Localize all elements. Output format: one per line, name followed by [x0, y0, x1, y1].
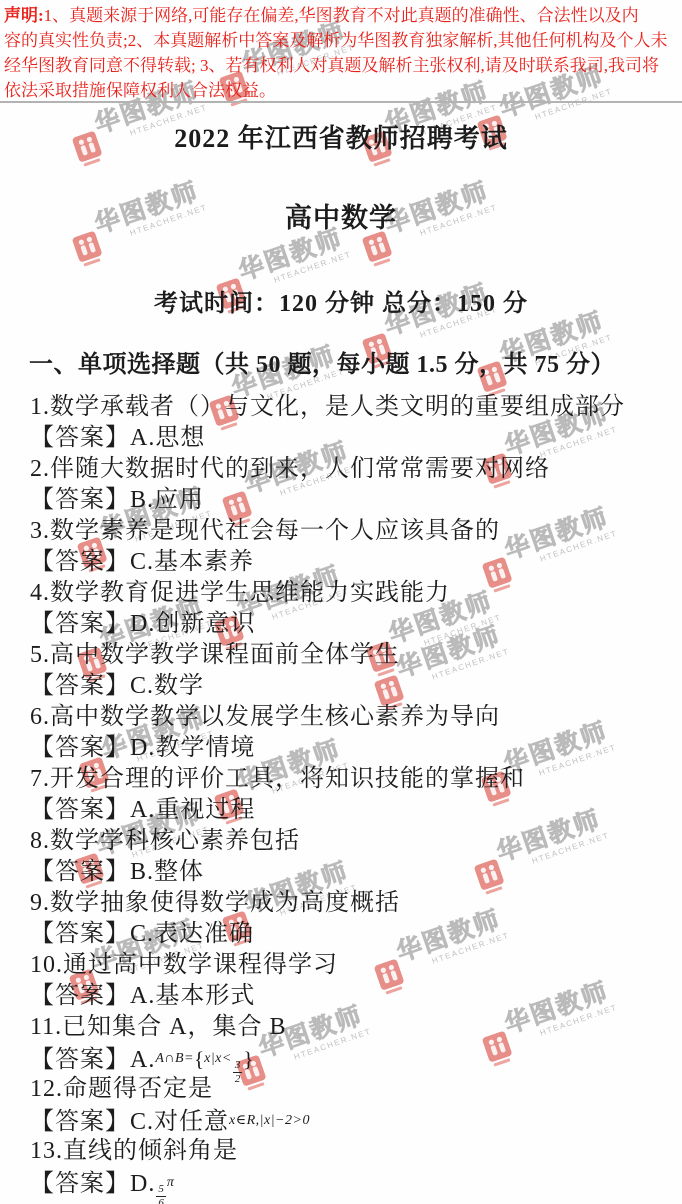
question-item: 5.高中数学教学课程面前全体学生 【答案】C.数学	[30, 640, 682, 702]
math-text: x∈R,|x|−2>0	[229, 1113, 310, 1128]
disclaimer-line: 声明:1、真题来源于网络,可能存在偏差,华图教育不对此真题的准确性、合法性以及内	[4, 3, 680, 28]
answer-text: 【答案】C.基本素养	[30, 547, 682, 578]
disclaimer-line: 依法采取措施保障权利人合法权益。	[4, 78, 680, 103]
question-item: 10.通过高中数学课程得学习 【答案】A.基本形式	[30, 950, 682, 1012]
disclaimer: 声明:1、真题来源于网络,可能存在偏差,华图教育不对此真题的准确性、合法性以及内…	[4, 3, 680, 103]
question-item: 12.命题得否定是 【答案】C.对任意x∈R,|x|−2>0	[30, 1074, 682, 1136]
question-text: 6.高中数学教学以发展学生核心素养为导向	[30, 702, 682, 733]
question-item: 13.直线的倾斜角是 【答案】D.56π	[30, 1136, 682, 1198]
answer-text: 【答案】B.整体	[30, 857, 682, 888]
answer-text: 【答案】C.表达准确	[30, 919, 682, 950]
question-text: 11.已知集合 A，集合 B	[30, 1012, 682, 1043]
question-text: 4.数学教育促进学生思维能力实践能力	[30, 578, 682, 609]
answer-text: 【答案】C.对任意x∈R,|x|−2>0	[30, 1105, 682, 1136]
question-text: 3.数学素养是现代社会每一个人应该具备的	[30, 516, 682, 547]
disclaimer-line-text: 1、真题来源于网络,可能存在偏差,华图教育不对此真题的准确性、合法性以及内	[44, 6, 639, 25]
math-text: A∩B=	[155, 1051, 194, 1066]
exam-subject: 高中数学	[0, 196, 682, 235]
question-text: 10.通过高中数学课程得学习	[30, 950, 682, 981]
question-text: 1.数学承载者（）与文化，是人类文明的重要组成部分	[30, 392, 682, 423]
answer-text: 【答案】A.重视过程	[30, 795, 682, 826]
question-text: 9.数学抽象使得数学成为高度概括	[30, 888, 682, 919]
question-text: 2.伴随大数据时代的到来，人们常常需要对网络	[30, 454, 682, 485]
question-text: 7.开发合理的评价工具，将知识技能的掌握和	[30, 764, 682, 795]
answer-text: 【答案】A.A∩B={x|x<32}	[30, 1043, 682, 1074]
exam-document-page: 华图教师 HTEACHER.NET 华图教师 HTEACHER.NET	[0, 0, 682, 1204]
math-text: x|x<	[204, 1051, 232, 1066]
question-item: 7.开发合理的评价工具，将知识技能的掌握和 【答案】A.重视过程	[30, 764, 682, 826]
question-item: 1.数学承载者（）与文化，是人类文明的重要组成部分 【答案】A.思想	[30, 392, 682, 454]
question-item: 6.高中数学教学以发展学生核心素养为导向 【答案】D.教学情境	[30, 702, 682, 764]
answer-text: 【答案】A.思想	[30, 423, 682, 454]
fraction: 32	[233, 1060, 243, 1085]
disclaimer-line: 容的真实性负责;2、本真题解析中答案及解析为华图教育独家解析,其他任何机构及个人…	[4, 28, 680, 53]
question-text: 8.数学学科核心素养包括	[30, 826, 682, 857]
answer-text: 【答案】C.数学	[30, 671, 682, 702]
question-item: 9.数学抽象使得数学成为高度概括 【答案】C.表达准确	[30, 888, 682, 950]
answer-text: 【答案】A.基本形式	[30, 981, 682, 1012]
question-text: 12.命题得否定是	[30, 1074, 682, 1105]
math-brace: {	[194, 1047, 204, 1071]
question-item: 3.数学素养是现代社会每一个人应该具备的 【答案】C.基本素养	[30, 516, 682, 578]
fraction: 56	[156, 1184, 166, 1204]
question-item: 2.伴随大数据时代的到来，人们常常需要对网络 【答案】B.应用	[30, 454, 682, 516]
disclaimer-label: 声明:	[4, 6, 44, 25]
question-text: 5.高中数学教学课程面前全体学生	[30, 640, 682, 671]
answer-text: 【答案】B.应用	[30, 485, 682, 516]
document-content: 声明:1、真题来源于网络,可能存在偏差,华图教育不对此真题的准确性、合法性以及内…	[0, 0, 682, 1204]
math-formula: A∩B={x|x<32}	[155, 1051, 253, 1066]
math-formula: x∈R,|x|−2>0	[229, 1113, 310, 1128]
question-item: 8.数学学科核心素养包括 【答案】B.整体	[30, 826, 682, 888]
exam-info: 考试时间：120 分钟 总分：150 分	[0, 283, 682, 318]
section-heading: 一、单项选择题（共 50 题，每小题 1.5 分，共 75 分）	[29, 344, 615, 379]
question-item: 11.已知集合 A，集合 B 【答案】A.A∩B={x|x<32}	[30, 1012, 682, 1074]
answer-text: 【答案】D.56π	[30, 1167, 682, 1198]
question-list: 1.数学承载者（）与文化，是人类文明的重要组成部分 【答案】A.思想 2.伴随大…	[30, 392, 682, 1198]
math-formula: 56π	[155, 1175, 174, 1190]
math-text: π	[167, 1175, 175, 1190]
disclaimer-line: 经华图教育同意不得转载; 3、若有权利人对真题及解析主张权利,请及时联系我司,我…	[4, 53, 680, 78]
math-brace: }	[243, 1047, 253, 1071]
answer-text: 【答案】D.教学情境	[30, 733, 682, 764]
answer-text: 【答案】D.创新意识	[30, 609, 682, 640]
exam-title: 2022 年江西省教师招聘考试	[0, 118, 682, 155]
question-item: 4.数学教育促进学生思维能力实践能力 【答案】D.创新意识	[30, 578, 682, 640]
question-text: 13.直线的倾斜角是	[30, 1136, 682, 1167]
divider-line	[0, 101, 682, 103]
